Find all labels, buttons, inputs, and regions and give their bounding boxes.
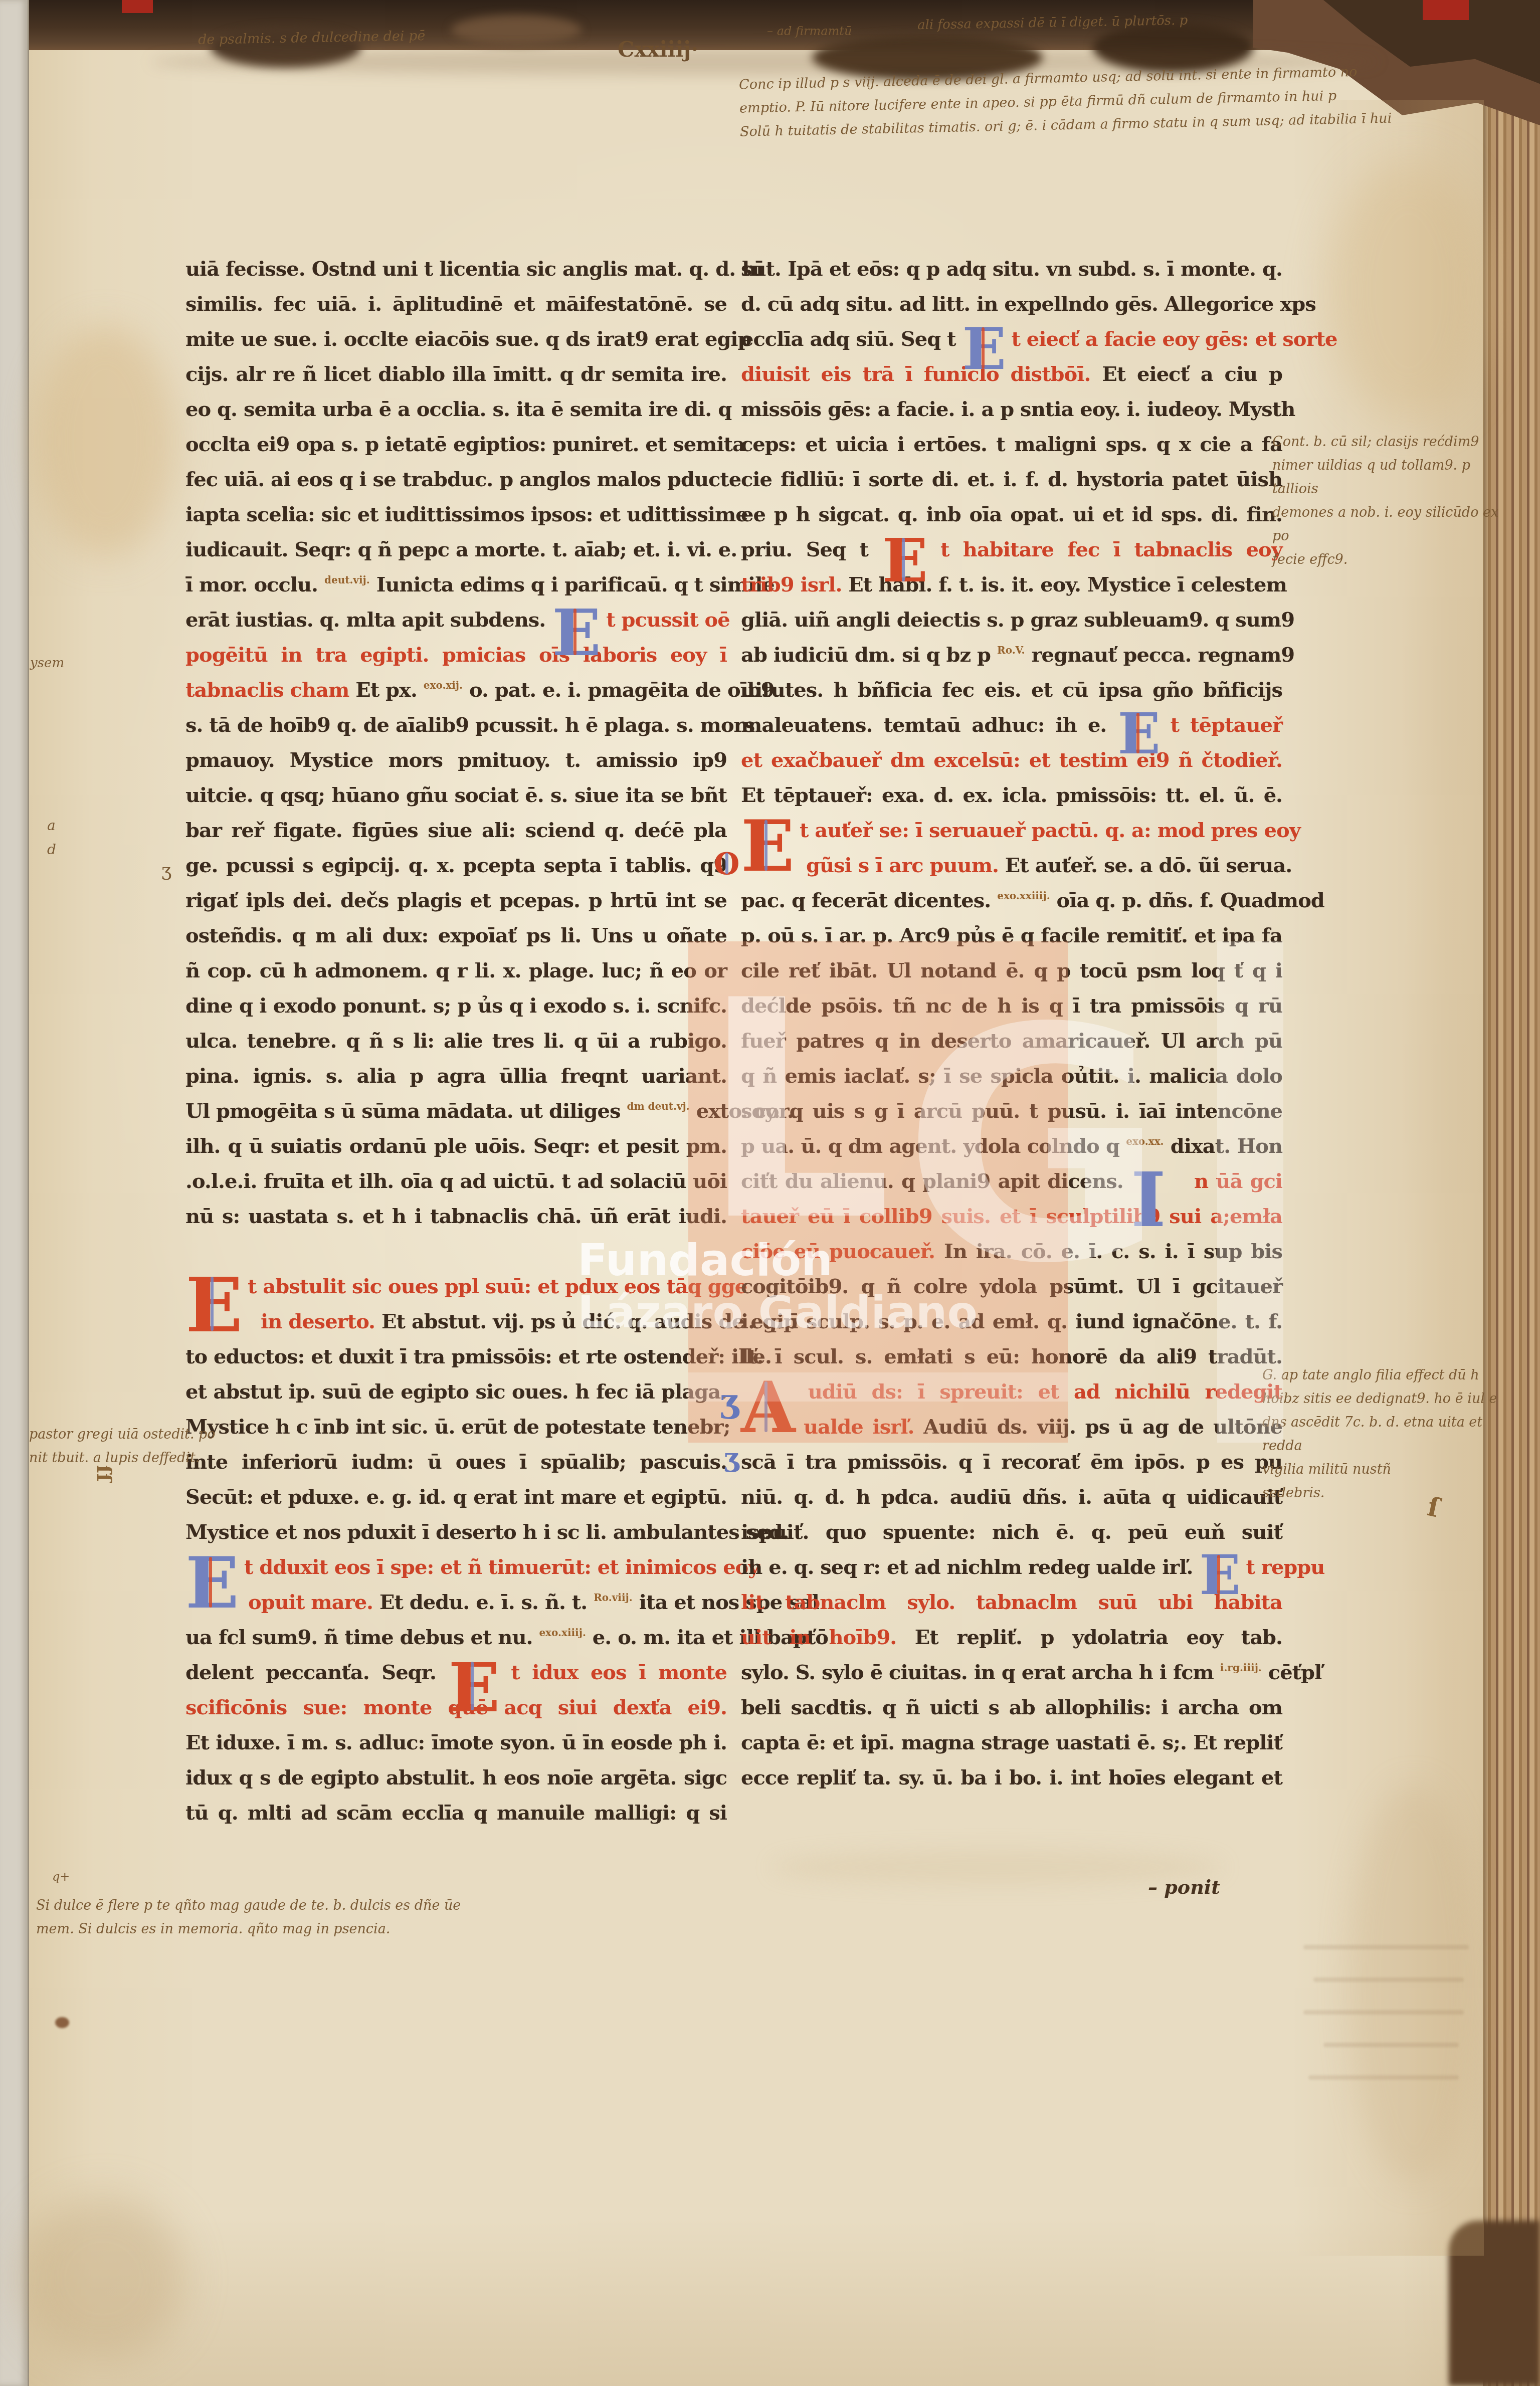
manuscript-page: de psalmis. s de dulcedine dei pē Cxxiii… (0, 0, 1540, 2386)
left-margin-pastor-note: pastor gregi uiā ostedit. ponit tbuit. a… (29, 1423, 245, 1470)
stain (20, 2196, 185, 2361)
binding-lump (451, 15, 582, 45)
bleed-through-line (1323, 2043, 1459, 2047)
left-margin-signe: ysem (30, 656, 64, 671)
left-margin-letter-a: a (47, 817, 56, 834)
catchword: – ponit (1148, 1876, 1220, 1898)
bleed-through-line (1303, 1945, 1469, 1949)
stain (1349, 1784, 1479, 2185)
bottom-annotation: Si dulce ē flere p te qñto mag gaude de … (36, 1894, 713, 1941)
right-margin-note-1: Cont. b. cū sil; clasijs rećdim9nimer ui… (1272, 430, 1513, 571)
pen-mark: ſſ (94, 1465, 113, 1482)
bleed-through-line (1308, 2075, 1459, 2080)
pen-mark: O (714, 849, 739, 879)
bleed-through-line (1303, 2010, 1464, 2015)
bleed-through-line (1313, 1977, 1464, 1982)
fore-edge-pages (1483, 0, 1540, 2386)
text-column-right: sūt. Ipā et eōs: q p adq situ. vn subd. … (741, 253, 1282, 1797)
stain (1328, 160, 1489, 421)
pen-mark: ʒ (724, 1445, 739, 1471)
text-column-left: uiā fecisse. Ostnd uni t licentia sic an… (185, 253, 727, 1832)
folio-number: Cxxiiij· (618, 37, 698, 62)
right-margin-note-2: G. ap tate anglo filia effect dū hhoibz … (1262, 1363, 1513, 1505)
stain (35, 326, 175, 556)
pen-mark: ʒ (720, 1384, 738, 1418)
red-leather-bit (122, 0, 153, 13)
ink-spot (55, 2017, 69, 2028)
left-margin-siglum: ʒ (161, 860, 171, 881)
left-margin-letter-d: d (47, 841, 56, 858)
firmament-gloss: – ad firmamtū (767, 24, 852, 38)
bottom-note-mark: q+ (52, 1870, 70, 1884)
left-page-edge (0, 0, 29, 2386)
